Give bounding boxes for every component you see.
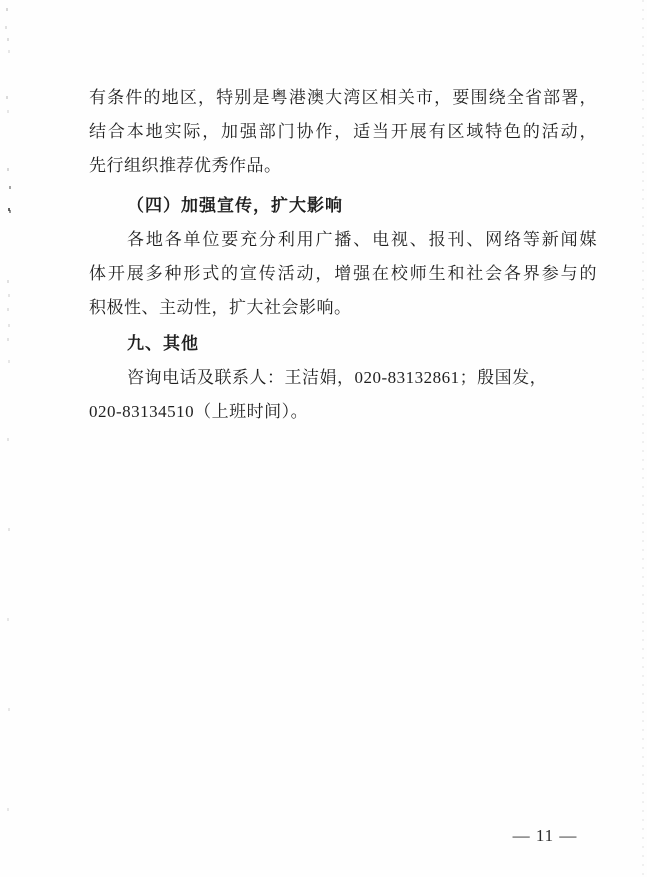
page-number: — 11 — <box>500 824 590 848</box>
section-heading-publicity: （四）加强宣传，扩大影响 <box>89 189 597 223</box>
contact-info-line: 咨询电话及联系人：王洁娟，020-83132861；殷国发， <box>89 361 597 395</box>
paragraph-line: 各地各单位要充分利用广播、电视、报刊、网络等新闻媒 <box>89 223 597 257</box>
paragraph-line: 体开展多种形式的宣传活动，增强在校师生和社会各界参与的 <box>89 257 597 291</box>
paragraph-line: 积极性、主动性，扩大社会影响。 <box>89 291 597 325</box>
paragraph-line: 结合本地实际，加强部门协作，适当开展有区域特色的活动， <box>89 115 597 149</box>
contact-info-line: 020-83134510（上班时间）。 <box>89 395 597 429</box>
section-heading-other: 九、其他 <box>89 327 597 361</box>
paragraph-line: 先行组织推荐优秀作品。 <box>89 149 597 183</box>
paragraph-line: 有条件的地区，特别是粤港澳大湾区相关市，要围绕全省部署， <box>89 81 597 115</box>
scanned-document-page: 有条件的地区，特别是粤港澳大湾区相关市，要围绕全省部署， 结合本地实际，加强部门… <box>0 0 647 877</box>
scan-noise-left-edge <box>6 8 8 11</box>
scan-noise-right-edge <box>642 0 644 877</box>
document-body: 有条件的地区，特别是粤港澳大湾区相关市，要围绕全省部署， 结合本地实际，加强部门… <box>89 81 597 429</box>
